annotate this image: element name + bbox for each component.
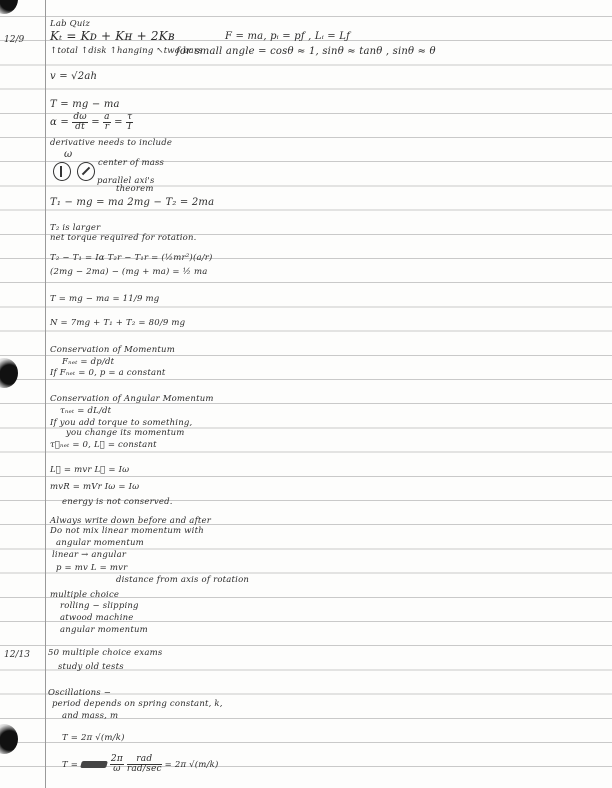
denominator: r (103, 123, 111, 132)
margin-line (45, 0, 46, 788)
net-torque-note: net torque required for rotation. (50, 233, 197, 243)
fnet-equation: Fₙₑₜ = dp/dt (62, 357, 114, 367)
heading-multiple-choice: multiple choice (50, 590, 119, 600)
mvr-equation: mvR = mVr Iω = Iω (50, 482, 139, 492)
mc-topic: angular momentum (60, 625, 148, 635)
always-note: Always write down before and after (50, 516, 211, 526)
date-label: 12/9 (4, 35, 24, 45)
denominator: rad/sec (127, 765, 162, 774)
heading-conservation-momentum: Conservation of Momentum (50, 345, 175, 355)
tension-equation: T = mg − ma (50, 98, 120, 111)
angular-momentum-equation: L⃗ = mvr L⃗ = Iω (50, 465, 129, 475)
tension-result: T = mg − ma = 11/9 mg (50, 294, 159, 304)
small-angle-approx: for small angle = cosθ ≈ 1, sinθ ≈ tanθ … (176, 45, 436, 58)
heading-oscillations: Oscillations − (48, 688, 111, 698)
solid-disk-diagram-icon (53, 162, 71, 181)
mc-topic: atwood machine (60, 613, 134, 623)
scribble-out (80, 761, 108, 768)
energy-not-conserved-note: energy is not conserved. (62, 497, 173, 507)
denominator: ω (110, 765, 124, 774)
conservation-laws: F = ma, pᵢ = pƒ , Lᵢ = Lƒ (225, 30, 350, 43)
normal-force-result: N = 7mg + T₁ + T₂ = 80/9 mg (50, 318, 185, 328)
center-of-mass-note: center of mass (98, 158, 164, 168)
hole-punch (0, 0, 18, 14)
torque-note-2: you change its momentum (66, 428, 185, 438)
distance-note: distance from axis of rotation (116, 575, 249, 585)
notebook-page: 12/9 12/13 Lab Quiz Kₜ = Kᴅ + Kʜ + 2Kʙ F… (0, 0, 612, 788)
period-note-1: period depends on spring constant, k, (52, 699, 223, 709)
velocity-equation: v = √2ah (50, 70, 97, 83)
alpha-equation: α = dωdt = ar = τI (50, 113, 133, 132)
combined-equation: (2mg − 2ma) − (mg + ma) = ½ ma (50, 267, 208, 277)
t2-larger-note: T₂ is larger (50, 223, 100, 233)
fnet-zero-note: If Fₙₑₜ = 0, p = a constant (50, 368, 166, 378)
fraction: 2πω (110, 755, 124, 774)
fraction: radrad/sec (127, 755, 162, 774)
period-result: = 2π √(m/k) (165, 760, 219, 770)
period-note-2: and mass, m (62, 711, 118, 721)
tnet-equation: τₙₑₜ = dL/dt (60, 406, 111, 416)
tension-system-equations: T₁ − mg = ma 2mg − T₂ = 2ma (50, 196, 214, 209)
heading-conservation-angular-momentum: Conservation of Angular Momentum (50, 394, 214, 404)
alpha-prefix: α = (50, 117, 69, 128)
torque-note-1: If you add torque to something, (50, 418, 192, 428)
fraction: ar (103, 113, 111, 132)
p-and-l-equations: p = mv L = mvr (56, 563, 127, 573)
denominator: I (126, 123, 133, 132)
denominator: dt (72, 123, 88, 132)
period-prefix: T = (62, 760, 78, 770)
energy-equation: Kₜ = Kᴅ + Kʜ + 2Kʙ (50, 30, 175, 43)
no-mix-note-1: Do not mix linear momentum with (50, 526, 204, 536)
omega-symbol: ω (64, 148, 72, 161)
hole-punch (0, 358, 18, 388)
tilted-disk-diagram-icon (77, 162, 95, 181)
mc-topic: rolling − slipping (60, 601, 139, 611)
fraction: τI (126, 113, 133, 132)
no-mix-note-2: angular momentum (56, 538, 144, 548)
fraction: dωdt (72, 113, 88, 132)
heading-lab-quiz: Lab Quiz (50, 19, 90, 29)
derivative-note: derivative needs to include (50, 138, 172, 148)
hole-punch (0, 724, 18, 754)
period-equation: T = 2π √(m/k) (62, 733, 125, 743)
period-equation-2: T = 2πω radrad/sec = 2π √(m/k) (62, 755, 218, 774)
torque-equation: T₂ − T₁ = Iα T₂r − T₁r = (½mr²)(a/r) (50, 253, 213, 263)
exam-note: 50 multiple choice exams (48, 648, 162, 658)
date-label: 12/13 (4, 650, 30, 660)
study-note: study old tests (58, 662, 124, 672)
linear-angular-note: linear → angular (52, 550, 126, 560)
theorem-note: theorem (116, 184, 154, 194)
tnet-zero-note: τ⃗ₙₑₜ = 0, L⃗ = constant (50, 440, 157, 450)
